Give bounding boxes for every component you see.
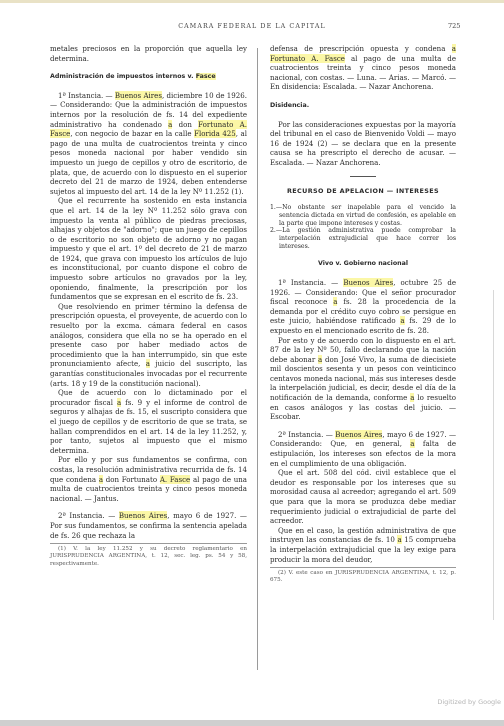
paragraph-second-instance: 2ª Instancia. — Buenos Aires, mayo 6 de … [270, 430, 456, 468]
paragraph-second-instance: 2ª Instancia. — Buenos Aires, mayo 6 de … [50, 511, 247, 540]
paragraph-first-instance: 1ª Instancia. — Buenos Aires, diciembre … [50, 91, 247, 197]
case-caption-fasce: Administración de impuestos internos v. … [50, 72, 247, 82]
footnote-1: (1) V. la ley 11.252 y su decreto reglam… [50, 546, 247, 568]
highlight: A. Fasce [160, 475, 190, 484]
paragraph-recurrente: Que el recurrente ha sostenido en esta i… [50, 196, 247, 302]
highlight: Buenos Aires [119, 511, 167, 520]
footnote-2: (2) V. este caso en JURISPRUDENCIA ARGEN… [270, 570, 456, 584]
highlight: Buenos Aires [115, 91, 162, 100]
paragraph-prescripcion: Que resolviendo en primer término la def… [50, 302, 247, 388]
book-page: CAMARA FEDERAL DE LA CAPITAL 725 metales… [0, 0, 504, 720]
viewer-bottom-bar [0, 720, 504, 726]
text: , con negocio de bazar en la calle [70, 129, 194, 138]
page-number: 725 [448, 22, 460, 30]
running-head: CAMARA FEDERAL DE LA CAPITAL [0, 23, 504, 30]
text: 1ª Instancia. — [278, 278, 343, 287]
summary-item: 1.—No obstante ser inapelable para el ve… [270, 204, 456, 227]
text: 1ª Instancia. — [58, 91, 115, 100]
paragraph-first-instance: 1ª Instancia. — Buenos Aires, octubre 25… [270, 278, 456, 336]
text: 2ª Instancia. — [278, 430, 335, 439]
continuation-text: metales preciosos en la proporción que a… [50, 44, 247, 63]
text: don Fortunato [103, 475, 160, 484]
case-caption-prefix: Administración de impuestos internos v. [50, 73, 196, 80]
section-separator [350, 176, 376, 177]
text: don [172, 120, 198, 129]
summary-item: 2.—La gestión administrativa puede compr… [270, 227, 456, 250]
footnote-area: (1) V. la ley 11.252 y su decreto reglam… [50, 543, 247, 568]
paragraph-dissent: Por las consideraciones expuestas por la… [270, 120, 456, 168]
page-edge-line [493, 290, 494, 620]
highlight: Florida 425 [194, 129, 236, 138]
paragraph-codigo-civil: Que el art. 508 del cód. civil establece… [270, 468, 456, 526]
paragraph-confirma: Por ello y por sus fundamentos se confir… [50, 455, 247, 503]
text: 2ª Instancia. — [58, 511, 119, 520]
right-column: defensa de prescripción opuesta y conden… [270, 44, 456, 585]
dissent-caption: Disidencia. [270, 101, 456, 111]
text: defensa de prescripción opuesta y conden… [270, 44, 452, 53]
paragraph-gestion: Que en el caso, la gestión administrativ… [270, 526, 456, 564]
highlight: Buenos Aires [343, 278, 393, 287]
footnote-area: (2) V. este caso en JURISPRUDENCIA ARGEN… [270, 567, 456, 584]
paragraph-dictamen: Que de acuerdo con lo dictaminado por el… [50, 388, 247, 455]
highlight: Fasce [196, 73, 216, 80]
digitized-watermark: Digitized by Google [437, 698, 501, 706]
spacer [50, 503, 247, 511]
highlight: Buenos Aires [335, 430, 382, 439]
paragraph-fallo: Por esto y de acuerdo con lo dispuesto e… [270, 336, 456, 422]
summary-list: 1.—No obstante ser inapelable para el ve… [270, 204, 456, 250]
left-column: metales preciosos en la proporción que a… [50, 44, 247, 568]
section-title: RECURSO DE APELACION — INTERESES [270, 187, 456, 197]
text: , al pago de una multa de cuatrocientos … [50, 129, 247, 196]
spacer [270, 422, 456, 430]
column-divider [257, 48, 258, 670]
paragraph-continuation: defensa de prescripción opuesta y conden… [270, 44, 456, 92]
case-caption-vivo: Vivo v. Gobierno nacional [270, 259, 456, 269]
